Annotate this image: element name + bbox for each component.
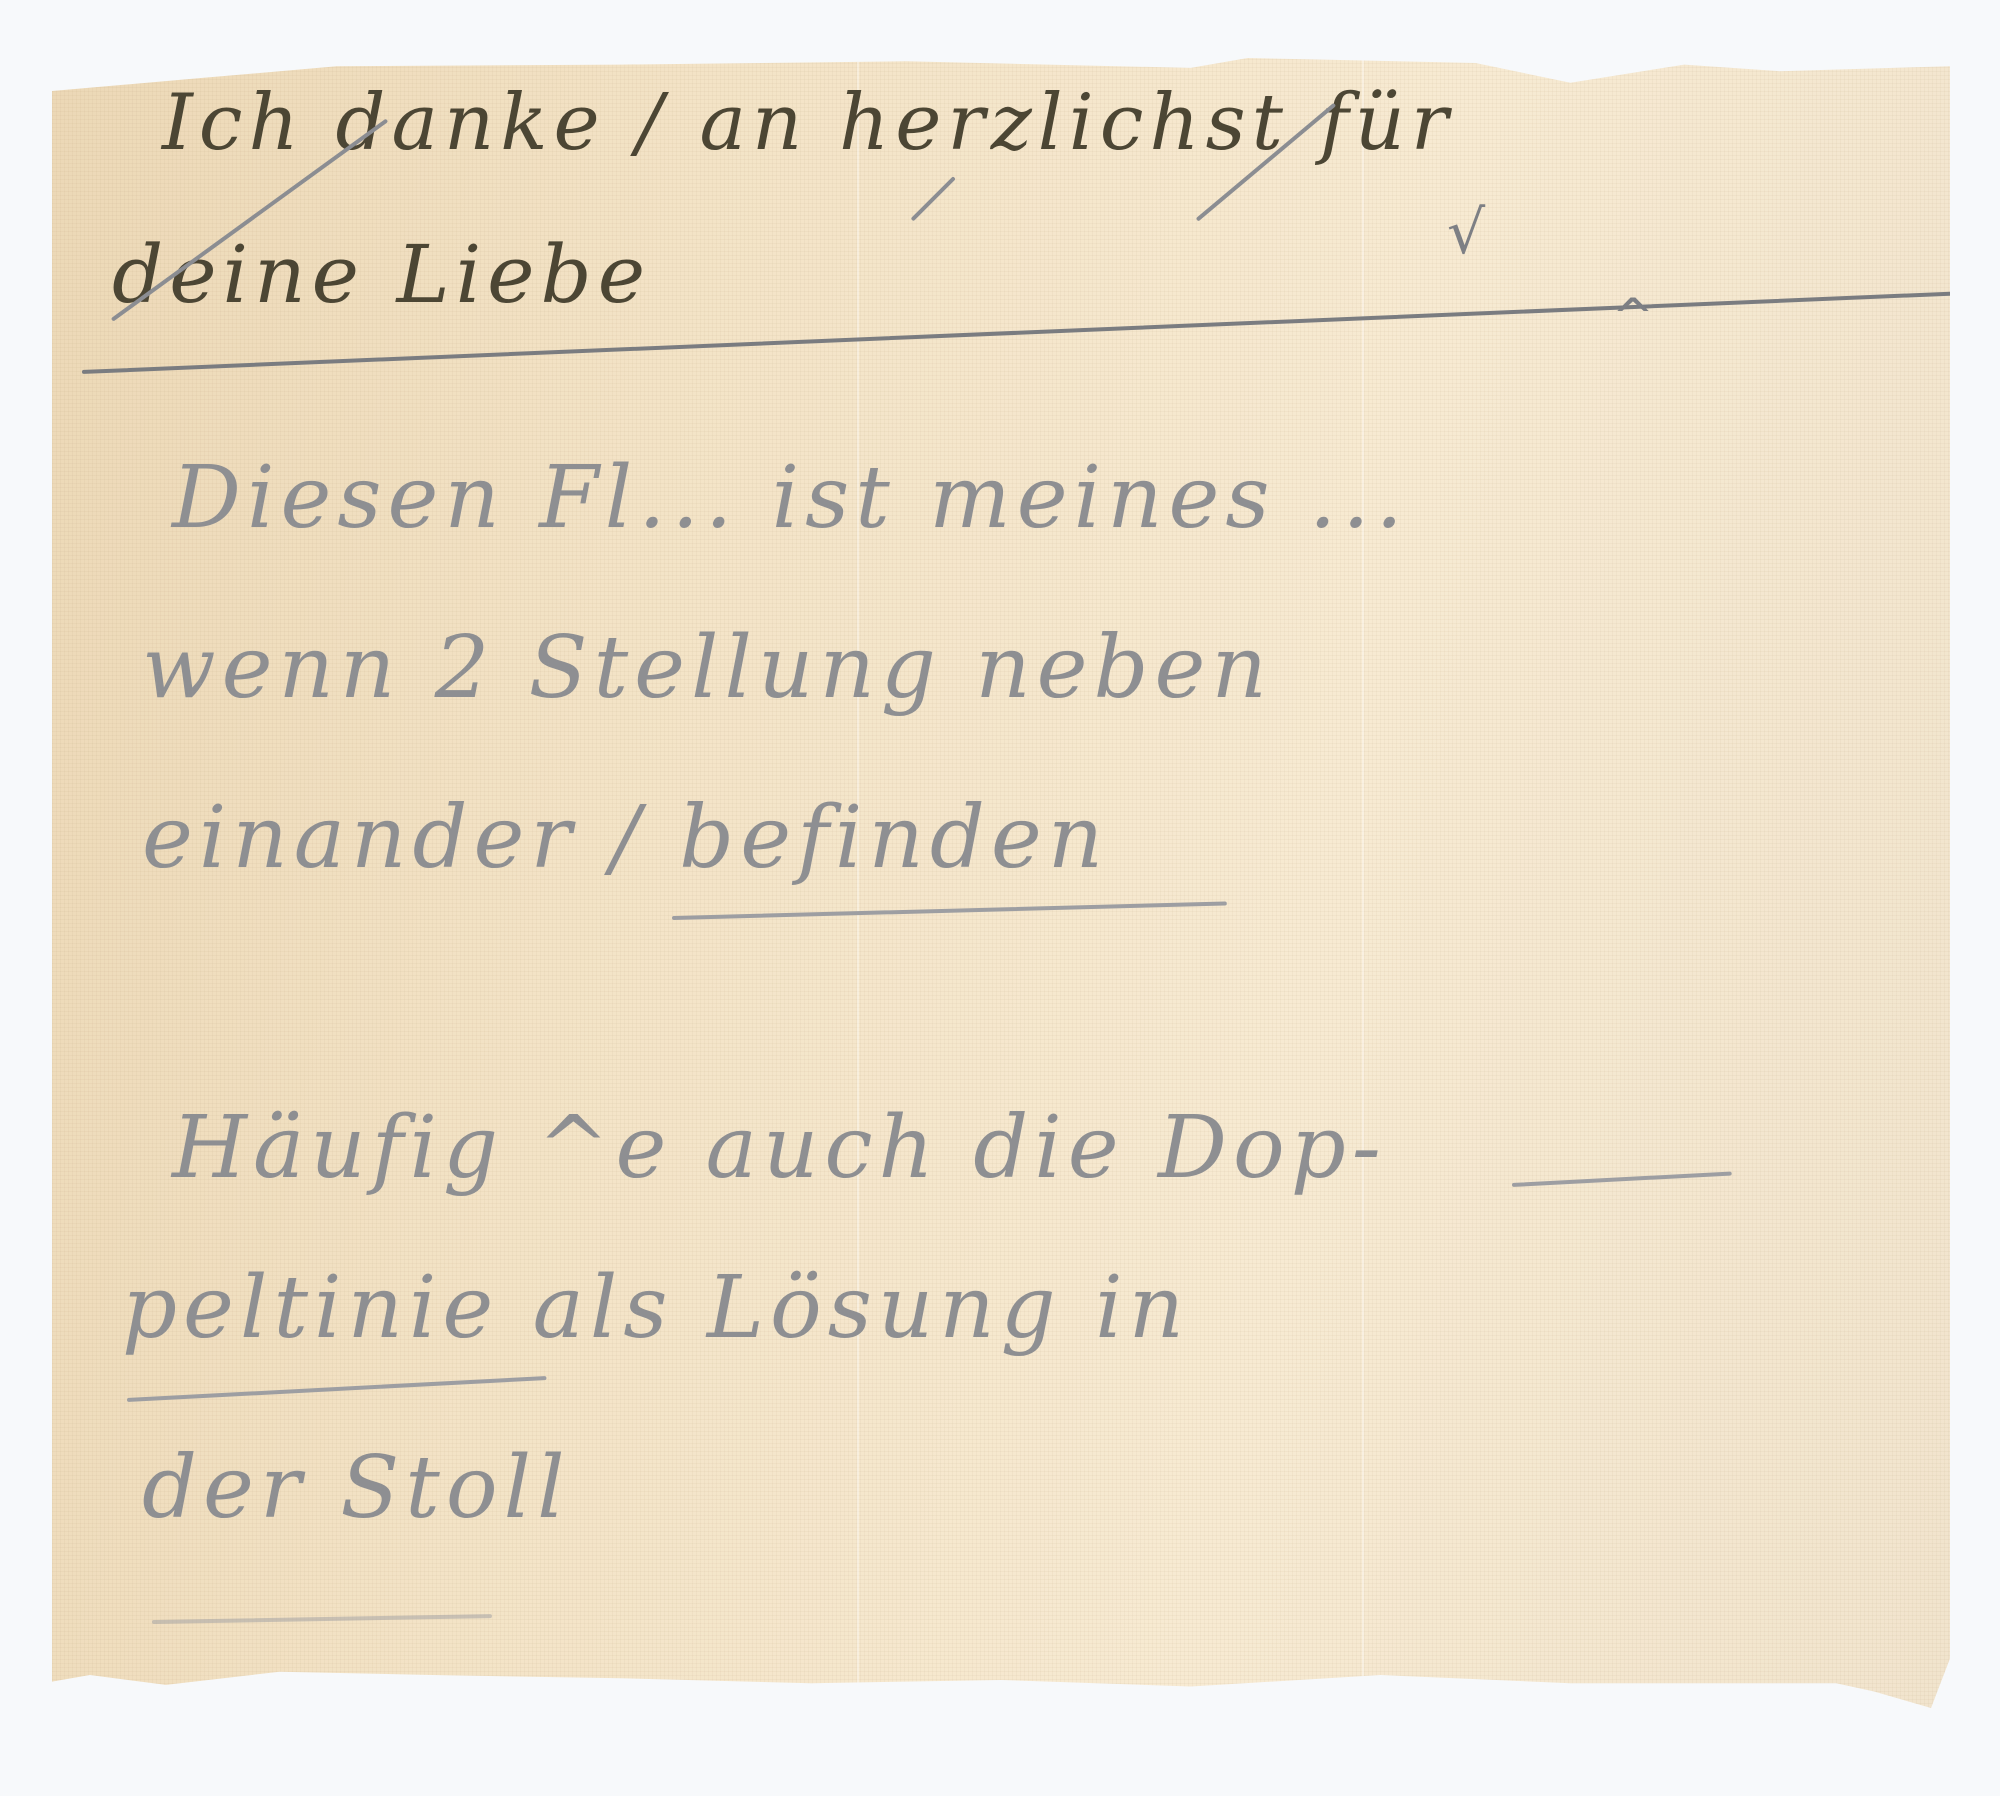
pencil-slash bbox=[911, 176, 956, 221]
check-mark: √ bbox=[1447, 198, 1485, 268]
caret-mark: ^ bbox=[1612, 288, 1654, 346]
pencil-line-4: Häufig ^e auch die Dop- bbox=[172, 1098, 1387, 1198]
faint-line bbox=[152, 1614, 492, 1624]
paper-sheet: Ich danke / an herzlichst für deine Lieb… bbox=[52, 58, 1950, 1708]
pencil-line-5: peltinie als Lösung in bbox=[122, 1258, 1190, 1358]
underline bbox=[127, 1376, 547, 1402]
pencil-line-6: der Stoll bbox=[142, 1438, 571, 1538]
pencil-line-2: wenn 2 Stellung neben bbox=[142, 618, 1273, 718]
pencil-line-3: einander / befinden bbox=[142, 788, 1109, 888]
pencil-line-1: Diesen Fl... ist meines ... bbox=[172, 448, 1409, 548]
ink-line-2: deine Liebe bbox=[112, 228, 651, 321]
underline bbox=[672, 901, 1227, 920]
underline bbox=[1512, 1171, 1732, 1187]
paper-crease bbox=[1362, 58, 1364, 1708]
ink-line-1: Ich danke / an herzlichst für bbox=[162, 78, 1454, 168]
